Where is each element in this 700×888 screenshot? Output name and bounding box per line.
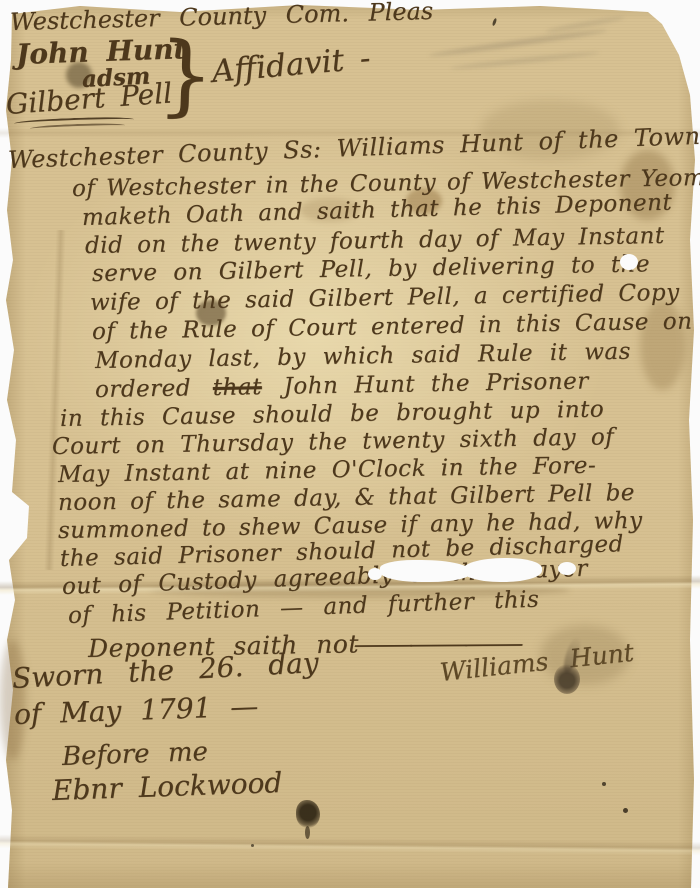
body-line-9-struck-word: that bbox=[213, 374, 262, 401]
body-line-9-post: John Hunt the Prisoner bbox=[283, 368, 589, 399]
before-me-label: Before me bbox=[61, 737, 208, 772]
scanned-affidavit-document: Westchester County Com. Pleas John Hunt … bbox=[0, 0, 700, 888]
caption-brace: } bbox=[156, 22, 216, 127]
body-line-9-pre: ordered bbox=[95, 375, 191, 403]
